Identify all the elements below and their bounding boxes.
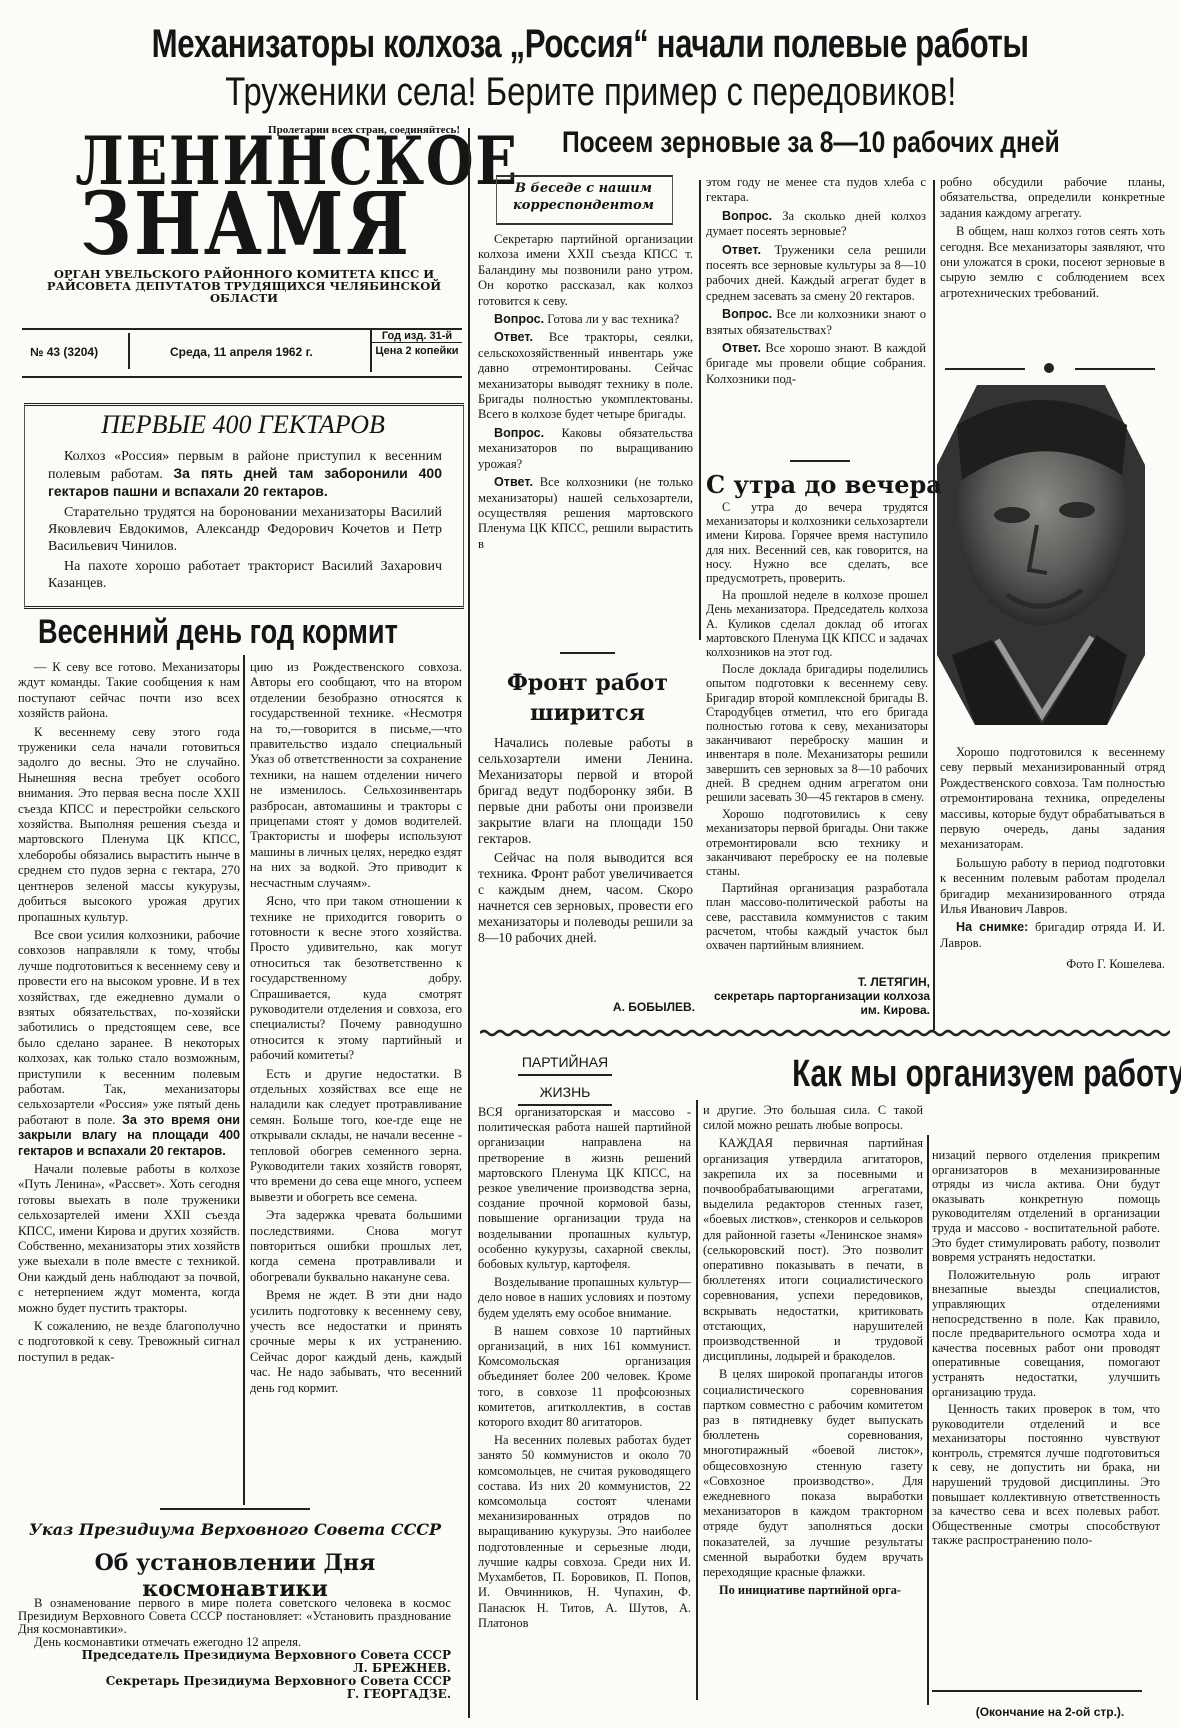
column-divider	[696, 1100, 698, 1700]
article-title-front: Фронт работ ширится	[480, 668, 695, 728]
main-column-divider	[468, 128, 470, 1718]
separator	[790, 460, 850, 462]
article-front-author: А. БОБЫЛЕВ.	[480, 1000, 695, 1014]
article-vesennii-col2: цию из Рождественского совхоза. Авторы е…	[250, 660, 462, 1510]
sub-headline: Труженики села! Берите пример с передови…	[0, 70, 1181, 115]
ukaz-title: Об установлении Дня космонавтики	[0, 1550, 470, 1602]
masthead-organ: ОРГАН УВЕЛЬСКОГО РАЙОННОГО КОМИТЕТА КПСС…	[28, 268, 460, 304]
interview-col2: этом году не менее ста пудов хлеба с гек…	[706, 175, 926, 450]
ukaz-body: В ознаменование первого в мире полета со…	[18, 1597, 451, 1701]
article-title-vesennii: Весенний день год кормит	[38, 613, 488, 652]
article-title-utra: С утра до вечера	[706, 470, 942, 499]
separator	[160, 1508, 310, 1510]
column-divider	[243, 655, 245, 1505]
party-life-headline: Как мы организуем работу на севе	[720, 1052, 1160, 1096]
article-utra-author: Т. ЛЕТЯГИН, секретарь парторганизации ко…	[700, 975, 930, 1017]
issue-price: Цена 2 копейки	[372, 345, 462, 357]
newspaper-title-line2: ЗНАМЯ	[30, 185, 462, 265]
box-title: ПЕРВЫЕ 400 ГЕКТАРОВ	[24, 410, 462, 440]
issue-number: № 43 (3204)	[30, 345, 98, 359]
separator	[945, 368, 1025, 370]
photo-caption: Хорошо подготовился к весеннему севу пер…	[940, 745, 1165, 1030]
party-life-rubric: ПАРТИЙНАЯ ЖИЗНЬ	[510, 1050, 620, 1110]
interview-headline: Посеем зерновые за 8—10 рабочих дней	[562, 126, 1169, 160]
article-front-body: Начались полевые работы в сельхозартели …	[478, 735, 693, 995]
party-life-col2: и другие. Это большая сила. С такой сило…	[703, 1103, 923, 1708]
wavy-divider	[480, 1028, 1170, 1038]
continued-note: (Окончание на 2-ой стр.).	[930, 1705, 1170, 1719]
photo-credit: Фото Г. Кошелева.	[940, 957, 1165, 972]
column-divider	[927, 1135, 929, 1705]
publication-year: Год изд. 31-й	[372, 330, 462, 343]
separator	[560, 652, 615, 654]
divider	[128, 333, 130, 369]
interview-col1: Секретарю партийной организации колхоза …	[478, 232, 693, 637]
main-headline: Механизаторы колхоза „Россия“ начали пол…	[0, 22, 1181, 67]
party-life-col1: ВСЯ организаторская и массово - политиче…	[478, 1105, 691, 1705]
party-life-col3: низаций первого отделения прикрепим орга…	[932, 1148, 1160, 1688]
bullet-ornament	[1044, 363, 1054, 373]
box-text: Колхоз «Россия» первым в районе приступи…	[48, 448, 442, 592]
column-divider	[933, 180, 935, 1030]
interview-rubric: В беседе с нашим корреспондентом	[496, 180, 671, 214]
interview-col3: робно обсудили рабочие планы, обязательс…	[940, 175, 1165, 355]
article-utra-body: С утра до вечера трудятся механизаторы и…	[706, 500, 928, 975]
portrait-photo	[937, 385, 1145, 725]
separator	[1075, 368, 1155, 370]
separator	[932, 1690, 1142, 1692]
ukaz-header: Указ Президиума Верховного Совета СССР	[0, 1520, 470, 1539]
article-vesennii-col1: — К севу все готово. Механизаторы ждут к…	[18, 660, 240, 1510]
column-divider	[699, 180, 701, 640]
issue-date: Среда, 11 апреля 1962 г.	[170, 345, 313, 359]
